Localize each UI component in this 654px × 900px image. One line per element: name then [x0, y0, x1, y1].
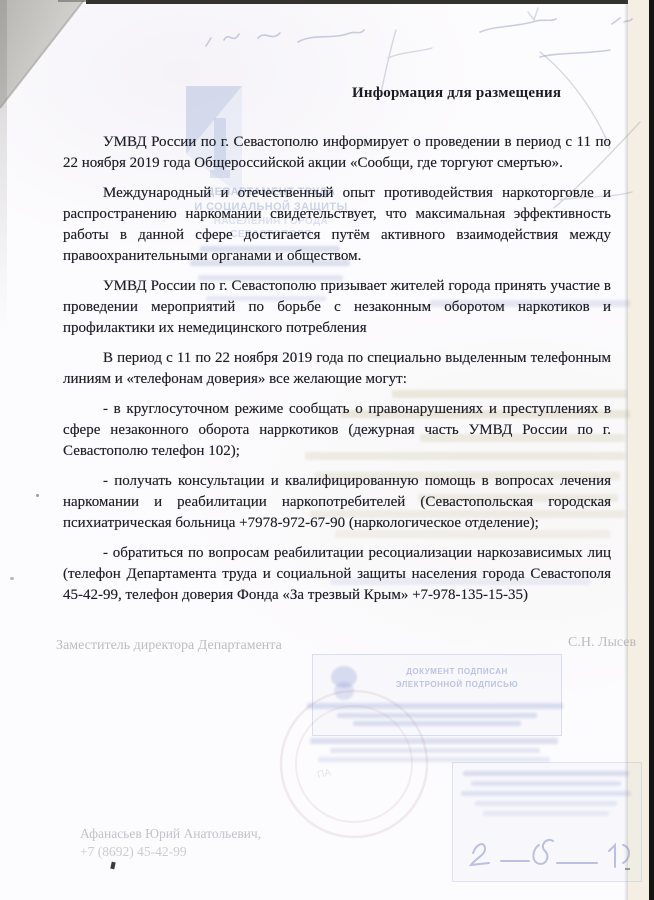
- scan-artifact: [36, 494, 39, 497]
- executor-name-bleedthrough: Афанасьев Юрий Анатольевич,: [80, 826, 261, 842]
- bleedthrough-text-bar: [471, 781, 621, 786]
- bleedthrough-text-bar: [475, 801, 617, 806]
- signoff-bleedthrough-left: Заместитель директора Департамента: [56, 638, 282, 654]
- svg-text:ПА: ПА: [316, 767, 332, 781]
- scan-artifact: [10, 577, 14, 580]
- bleedthrough-text-bar: [463, 771, 629, 776]
- ink-speck: [110, 862, 115, 870]
- paragraph-6: - получать консультации и квалифицирован…: [63, 471, 611, 533]
- paragraph-5: - в круглосуточном режиме сообщать о пра…: [63, 399, 611, 461]
- signoff-bleedthrough-right: С.Н. Лысев: [568, 635, 636, 651]
- document-body: УМВД России по г. Севастополю информируе…: [63, 132, 611, 615]
- bleedthrough-text-bar: [461, 791, 631, 796]
- stamp-box-secondary: [452, 762, 642, 882]
- paragraph-7: - обратиться по вопросам реабилитации ре…: [63, 543, 611, 605]
- paragraph-4: В период с 11 по 22 ноября 2019 года по …: [63, 348, 611, 390]
- executor-phone-bleedthrough: +7 (8692) 45-42-99: [80, 844, 187, 860]
- round-stamp-bleedthrough: ПА: [276, 686, 436, 846]
- scan-artifact: [625, 868, 630, 870]
- scanned-document-page: ДЕПАРТАМЕНТ ТРУДА И СОЦИАЛЬНОЙ ЗАЩИТЫ НА…: [0, 0, 654, 900]
- paragraph-3: УМВД России по г. Севастополю призывает …: [63, 276, 611, 338]
- paragraph-2: Международный и отечественный опыт проти…: [63, 183, 611, 266]
- esign-stamp-title: ДОКУМЕНТ ПОДПИСАН: [333, 667, 581, 676]
- paragraph-1: УМВД России по г. Севастополю информируе…: [63, 132, 611, 174]
- handwritten-date: [453, 815, 641, 877]
- document-title: Информация для размещения: [352, 85, 561, 102]
